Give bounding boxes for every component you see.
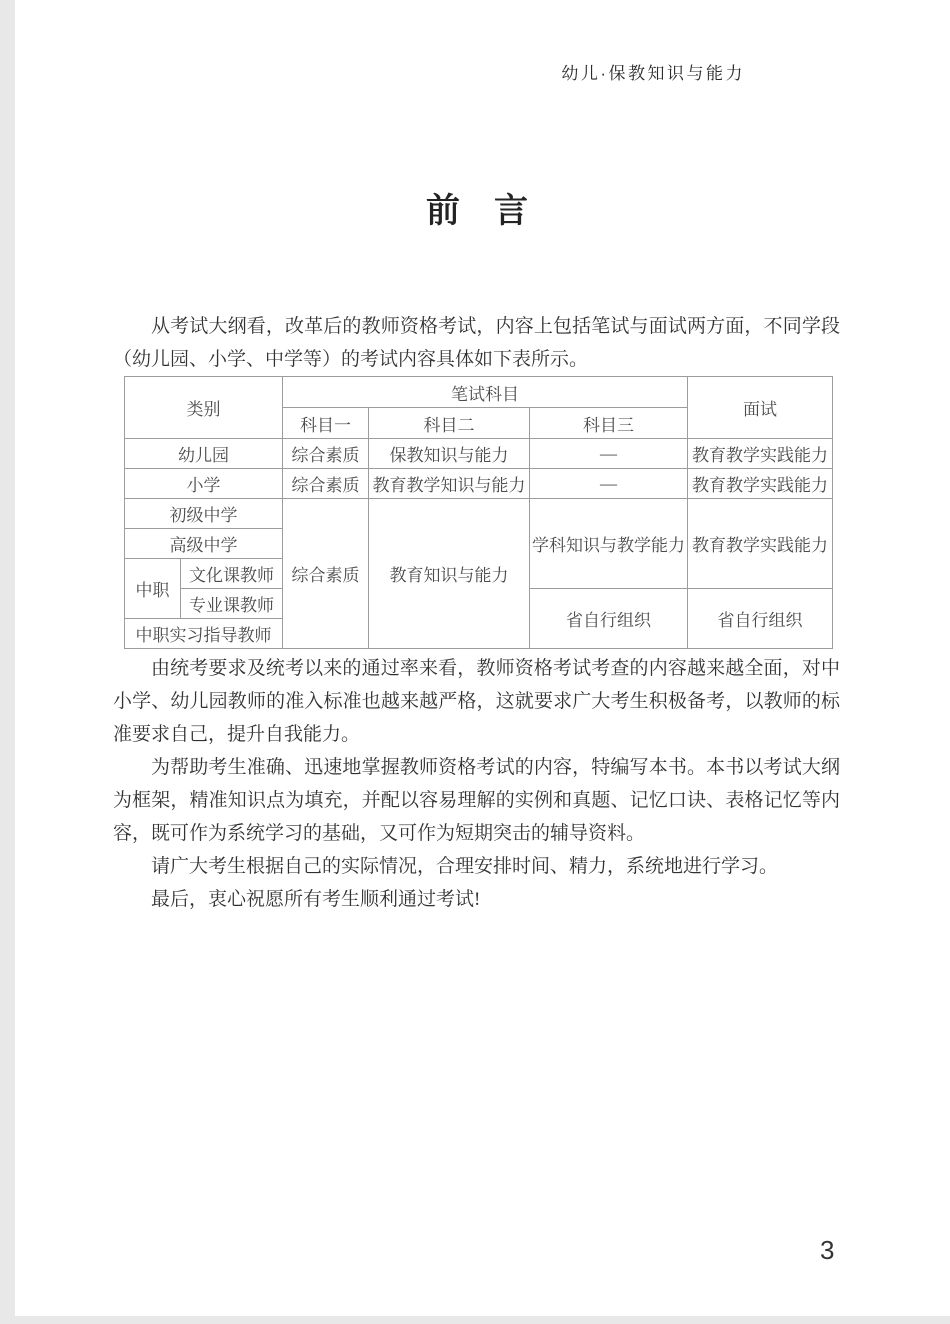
header-interview: 面试 bbox=[688, 377, 833, 439]
paragraph-5: 最后，衷心祝愿所有考生顺利通过考试! bbox=[113, 883, 840, 916]
header-subject2: 科目二 bbox=[369, 408, 530, 439]
cell-interview-merged-top: 教育教学实践能力 bbox=[688, 499, 833, 589]
exam-structure-table: 类别 笔试科目 面试 科目一 科目二 科目三 幼儿园 综合素质 保教知识与能力 … bbox=[124, 376, 833, 649]
table-row-primary: 小学 综合素质 教育教学知识与能力 — 教育教学实践能力 bbox=[125, 469, 833, 499]
preface-body: 从考试大纲看，改革后的教师资格考试，内容上包括笔试与面试两方面，不同学段（幼儿园… bbox=[113, 310, 840, 916]
header-written-subjects: 笔试科目 bbox=[283, 377, 688, 408]
paragraph-intro: 从考试大纲看，改革后的教师资格考试，内容上包括笔试与面试两方面，不同学段（幼儿园… bbox=[113, 310, 840, 376]
cell-category: 中职实习指导教师 bbox=[125, 619, 283, 649]
cell-category: 小学 bbox=[125, 469, 283, 499]
cell-interview-merged-bottom: 省自行组织 bbox=[688, 589, 833, 649]
cell-category: 专业课教师 bbox=[181, 589, 283, 619]
cell-vocational-group: 中职 bbox=[125, 559, 181, 619]
cell-subject3-merged-top: 学科知识与教学能力 bbox=[530, 499, 688, 589]
paragraph-2: 由统考要求及统考以来的通过率来看，教师资格考试考查的内容越来越全面，对中小学、幼… bbox=[113, 652, 840, 751]
page-number: 3 bbox=[820, 1236, 834, 1264]
cell-interview: 教育教学实践能力 bbox=[688, 469, 833, 499]
cell-category: 幼儿园 bbox=[125, 439, 283, 469]
cell-subject2: 教育教学知识与能力 bbox=[369, 469, 530, 499]
running-header: 幼儿·保教知识与能力 bbox=[0, 64, 745, 84]
cell-subject1-merged: 综合素质 bbox=[283, 499, 369, 649]
cell-subject3-merged-bottom: 省自行组织 bbox=[530, 589, 688, 649]
cell-interview: 教育教学实践能力 bbox=[688, 439, 833, 469]
header-subject3: 科目三 bbox=[530, 408, 688, 439]
cell-subject2: 保教知识与能力 bbox=[369, 439, 530, 469]
cell-subject2-merged: 教育知识与能力 bbox=[369, 499, 530, 649]
table-row-junior-middle: 初级中学 综合素质 教育知识与能力 学科知识与教学能力 教育教学实践能力 bbox=[125, 499, 833, 529]
cell-category: 初级中学 bbox=[125, 499, 283, 529]
scan-edge-bottom bbox=[0, 1316, 950, 1324]
header-subject1: 科目一 bbox=[283, 408, 369, 439]
paragraph-3: 为帮助考生准确、迅速地掌握教师资格考试的内容，特编写本书。本书以考试大纲为框架，… bbox=[113, 751, 840, 850]
cell-category: 高级中学 bbox=[125, 529, 283, 559]
paragraph-4: 请广大考生根据自己的实际情况，合理安排时间、精力，系统地进行学习。 bbox=[113, 850, 840, 883]
cell-subject1: 综合素质 bbox=[283, 439, 369, 469]
cell-category: 文化课教师 bbox=[181, 559, 283, 589]
table-row-kindergarten: 幼儿园 综合素质 保教知识与能力 — 教育教学实践能力 bbox=[125, 439, 833, 469]
cell-subject3: — bbox=[530, 439, 688, 469]
header-category: 类别 bbox=[125, 377, 283, 439]
book-page: 幼儿·保教知识与能力 前 言 从考试大纲看，改革后的教师资格考试，内容上包括笔试… bbox=[0, 0, 950, 1324]
page-title: 前 言 bbox=[2, 192, 950, 232]
cell-subject1: 综合素质 bbox=[283, 469, 369, 499]
table-header-row-1: 类别 笔试科目 面试 bbox=[125, 377, 833, 408]
cell-subject3: — bbox=[530, 469, 688, 499]
